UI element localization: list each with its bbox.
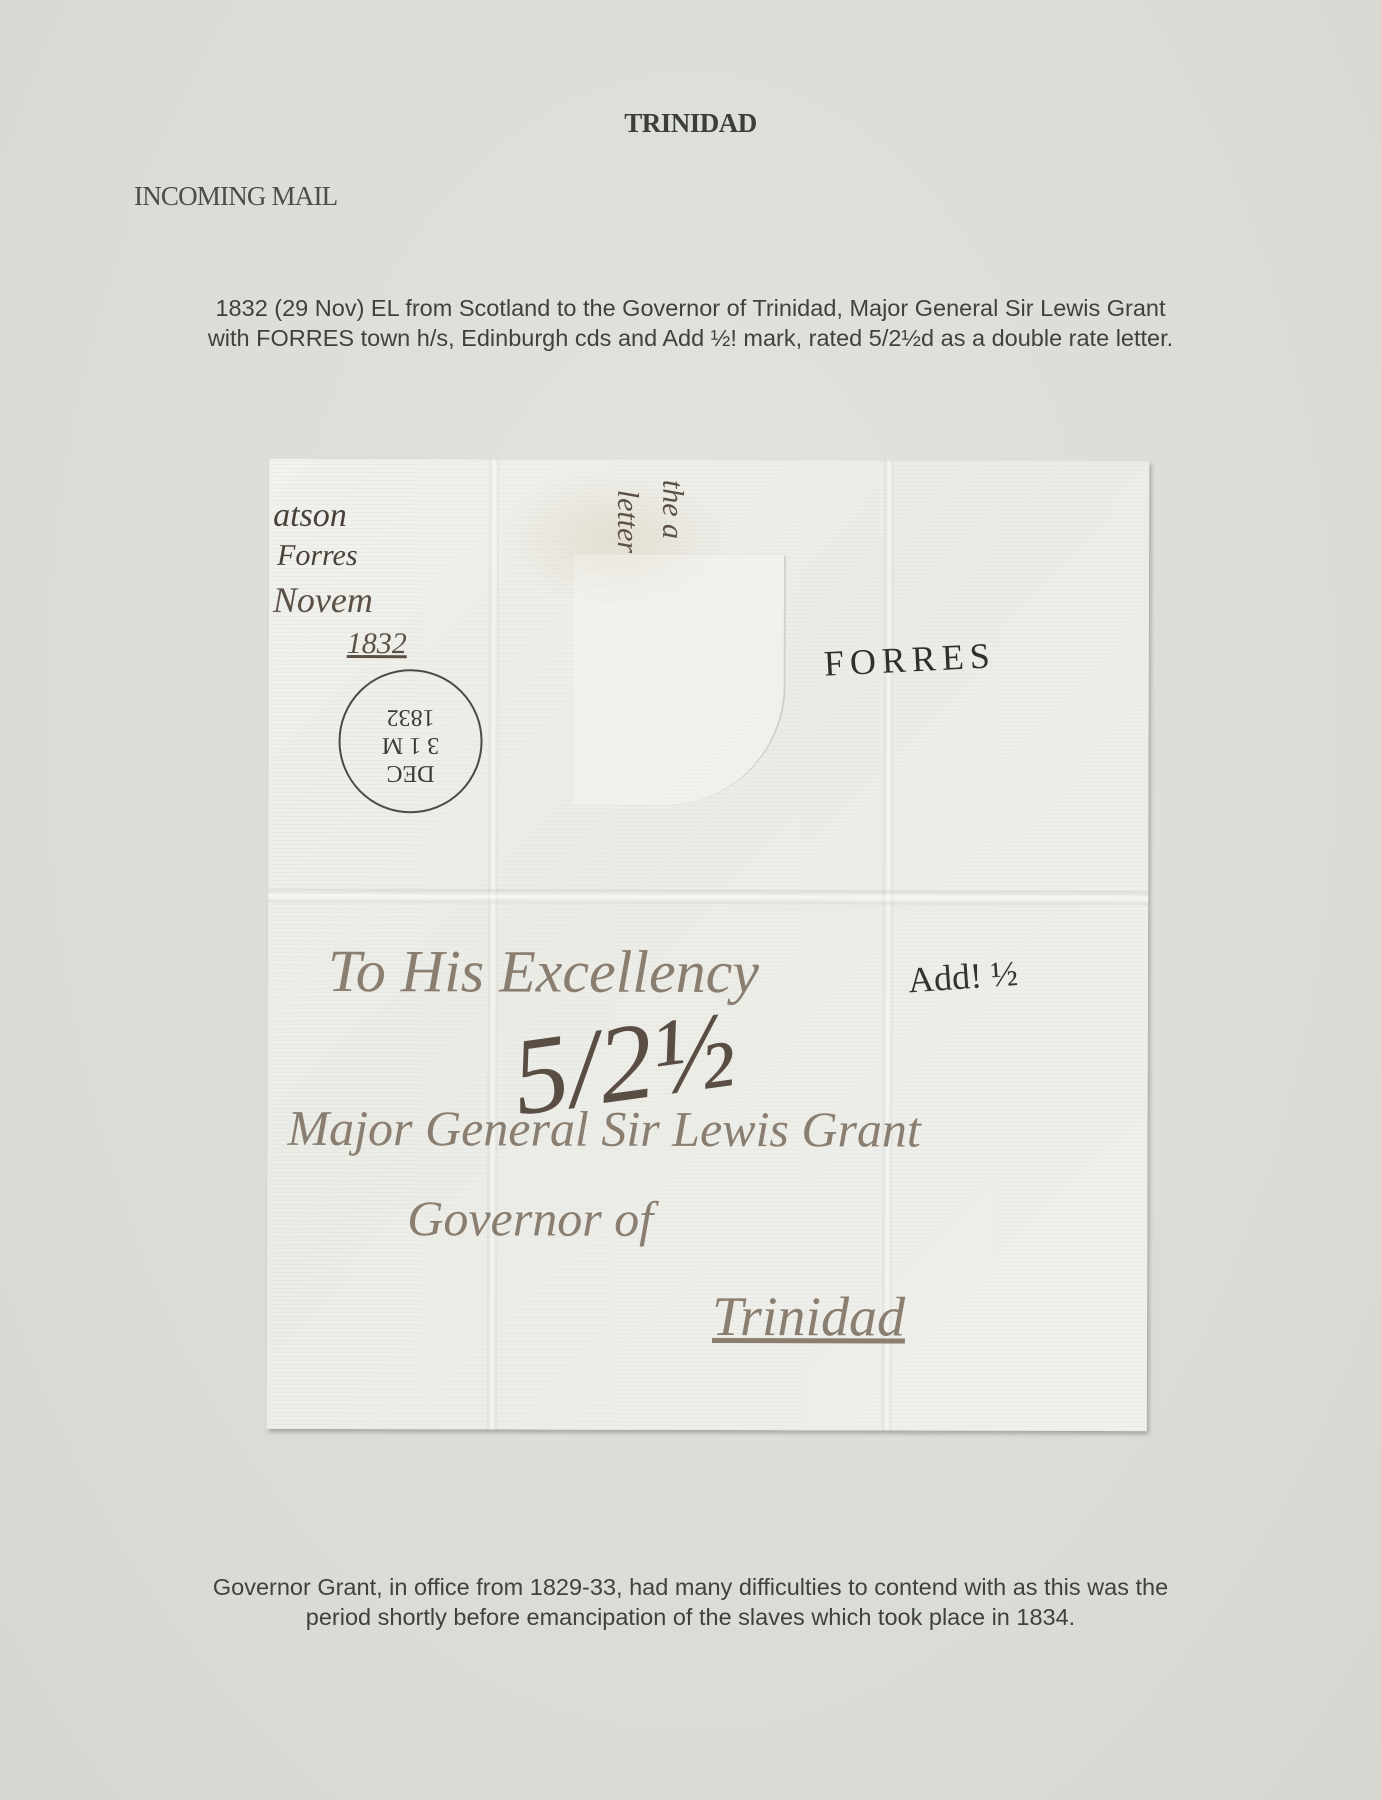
address-line: Trinidad [712, 1285, 905, 1350]
side-note: letter [610, 490, 644, 553]
description-line: 1832 (29 Nov) EL from Scotland to the Go… [0, 293, 1381, 323]
footnote: Governor Grant, in office from 1829-33, … [0, 1572, 1381, 1632]
cds-month: DEC [340, 759, 480, 787]
footnote-line: Governor Grant, in office from 1829-33, … [0, 1572, 1381, 1602]
sender-docket-line: Novem [273, 579, 373, 621]
side-note: the a [655, 480, 689, 539]
sender-docket-line: 1832 [347, 627, 407, 661]
cds-day: 3 1 M [340, 731, 480, 759]
description-line: with FORRES town h/s, Edinburgh cds and … [0, 323, 1381, 353]
page-title: TRINIDAD [0, 108, 1381, 139]
edinburgh-cds-postmark: DEC 3 1 M 1832 [338, 669, 482, 813]
cds-year: 1832 [341, 703, 481, 731]
fold-line [268, 889, 1148, 905]
forres-town-handstamp: FORRES [823, 634, 997, 685]
address-line: Governor of [407, 1189, 653, 1248]
sender-docket-line: atson [273, 497, 347, 535]
add-half-mark: Add! ½ [907, 952, 1020, 1001]
description: 1832 (29 Nov) EL from Scotland to the Go… [0, 293, 1381, 353]
entire-letter-cover: atson Forres Novem 1832 the a letter DEC… [267, 459, 1150, 1431]
torn-flap [573, 555, 786, 806]
address-line: Major General Sir Lewis Grant [287, 1099, 921, 1159]
footnote-line: period shortly before emancipation of th… [0, 1602, 1381, 1632]
sender-docket-line: Forres [277, 539, 358, 573]
section-label: INCOMING MAIL [134, 181, 337, 212]
